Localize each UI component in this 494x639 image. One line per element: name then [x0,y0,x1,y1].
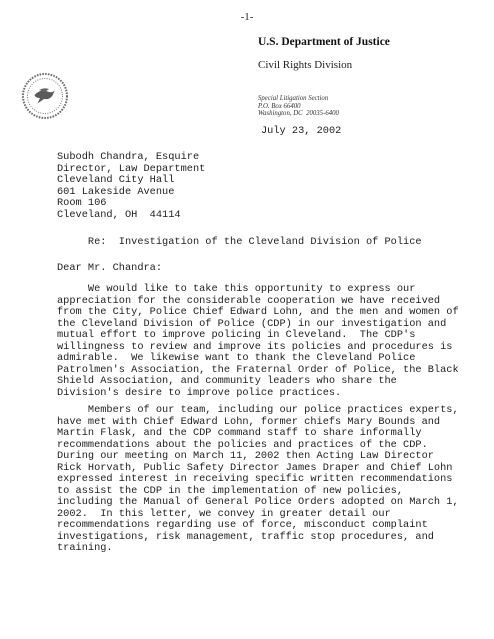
body-paragraph-1: We would like to take this opportunity t… [57,284,459,399]
department-title: U.S. Department of Justice [258,36,390,48]
salutation: Dear Mr. Chandra: [57,263,162,275]
doj-seal-icon [21,72,69,120]
subject-line: Re: Investigation of the Cleveland Divis… [57,237,422,249]
division-title: Civil Rights Division [258,59,352,71]
recipient-address: Subodh Chandra, Esquire Director, Law De… [57,152,205,221]
section-address: Special Litigation Section P.O. Box 6640… [258,95,339,118]
letter-page: -1- U.S. Department of Justice Civil Rig… [0,0,494,639]
body-paragraph-2: Members of our team, including our polic… [57,405,459,555]
page-number: -1- [0,11,494,23]
letter-date: July 23, 2002 [261,126,341,138]
